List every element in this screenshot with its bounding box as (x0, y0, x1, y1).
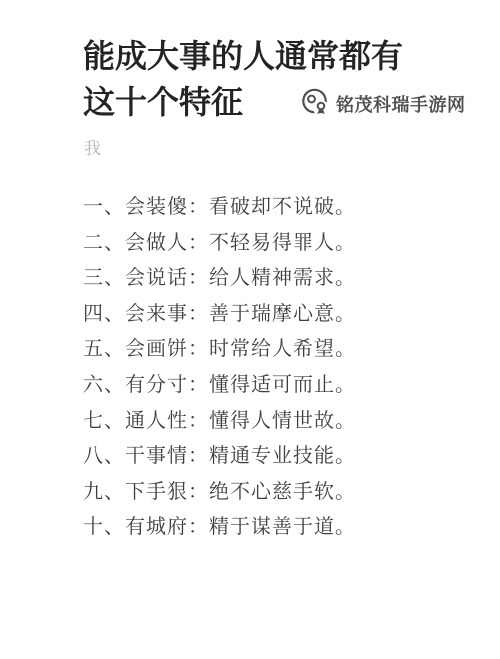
list-item: 五、会画饼：时常给人希望。 (83, 331, 356, 367)
disc-badge-icon (301, 87, 329, 121)
list-item: 八、干事情：精通专业技能。 (83, 438, 356, 474)
list-item: 九、下手狠：绝不心慈手软。 (83, 474, 356, 510)
watermark: 铭茂科瑞手游网 (301, 88, 466, 120)
list-item: 十、有城府：精于谋善于道。 (83, 509, 356, 545)
list-item: 四、会来事：善于瑞摩心意。 (83, 296, 356, 332)
text-card: 能成大事的人通常都有 这十个特征 铭茂科瑞手游网 我 一、会装傻：看破却不说破。… (0, 0, 500, 659)
list-item: 一、会装傻：看破却不说破。 (83, 189, 356, 225)
trait-list: 一、会装傻：看破却不说破。 二、会做人：不轻易得罪人。 三、会说话：给人精神需求… (83, 189, 356, 545)
page-title-line-1: 能成大事的人通常都有 (83, 33, 403, 79)
list-item: 三、会说话：给人精神需求。 (83, 260, 356, 296)
list-item: 七、通人性：懂得人情世故。 (83, 403, 356, 439)
watermark-text: 铭茂科瑞手游网 (336, 91, 466, 117)
list-item: 二、会做人：不轻易得罪人。 (83, 225, 356, 261)
author-name: 我 (84, 134, 101, 159)
list-item: 六、有分寸：懂得适可而止。 (83, 367, 356, 403)
